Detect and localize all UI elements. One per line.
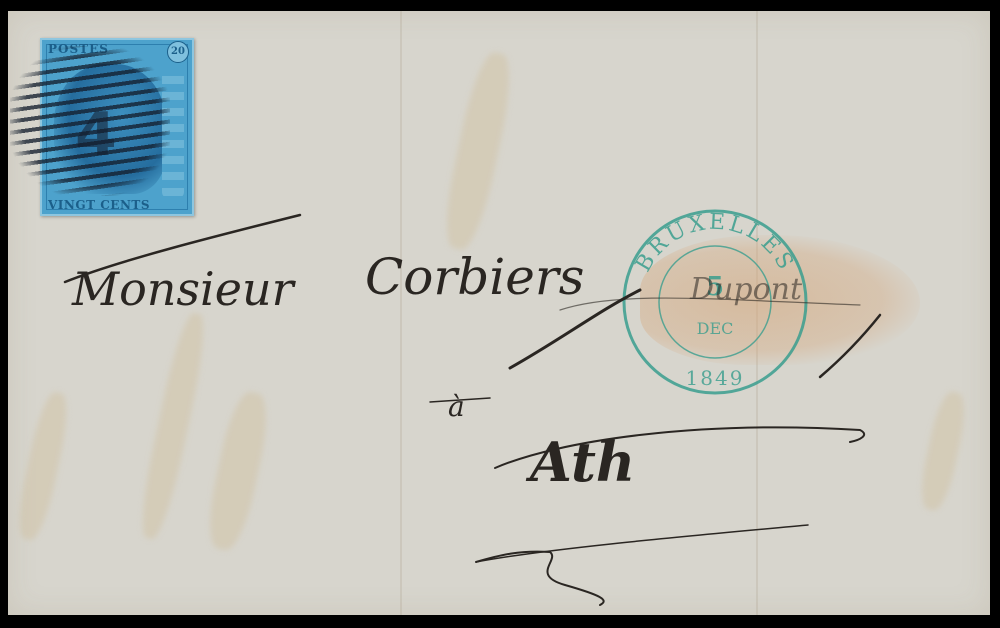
- address-town: Ath: [530, 430, 635, 494]
- address-salutation: Monsieur: [72, 262, 294, 316]
- address-name: Corbiers: [365, 248, 584, 306]
- address-preposition: à: [448, 390, 465, 423]
- address-name-suffix: Dupont: [690, 272, 802, 307]
